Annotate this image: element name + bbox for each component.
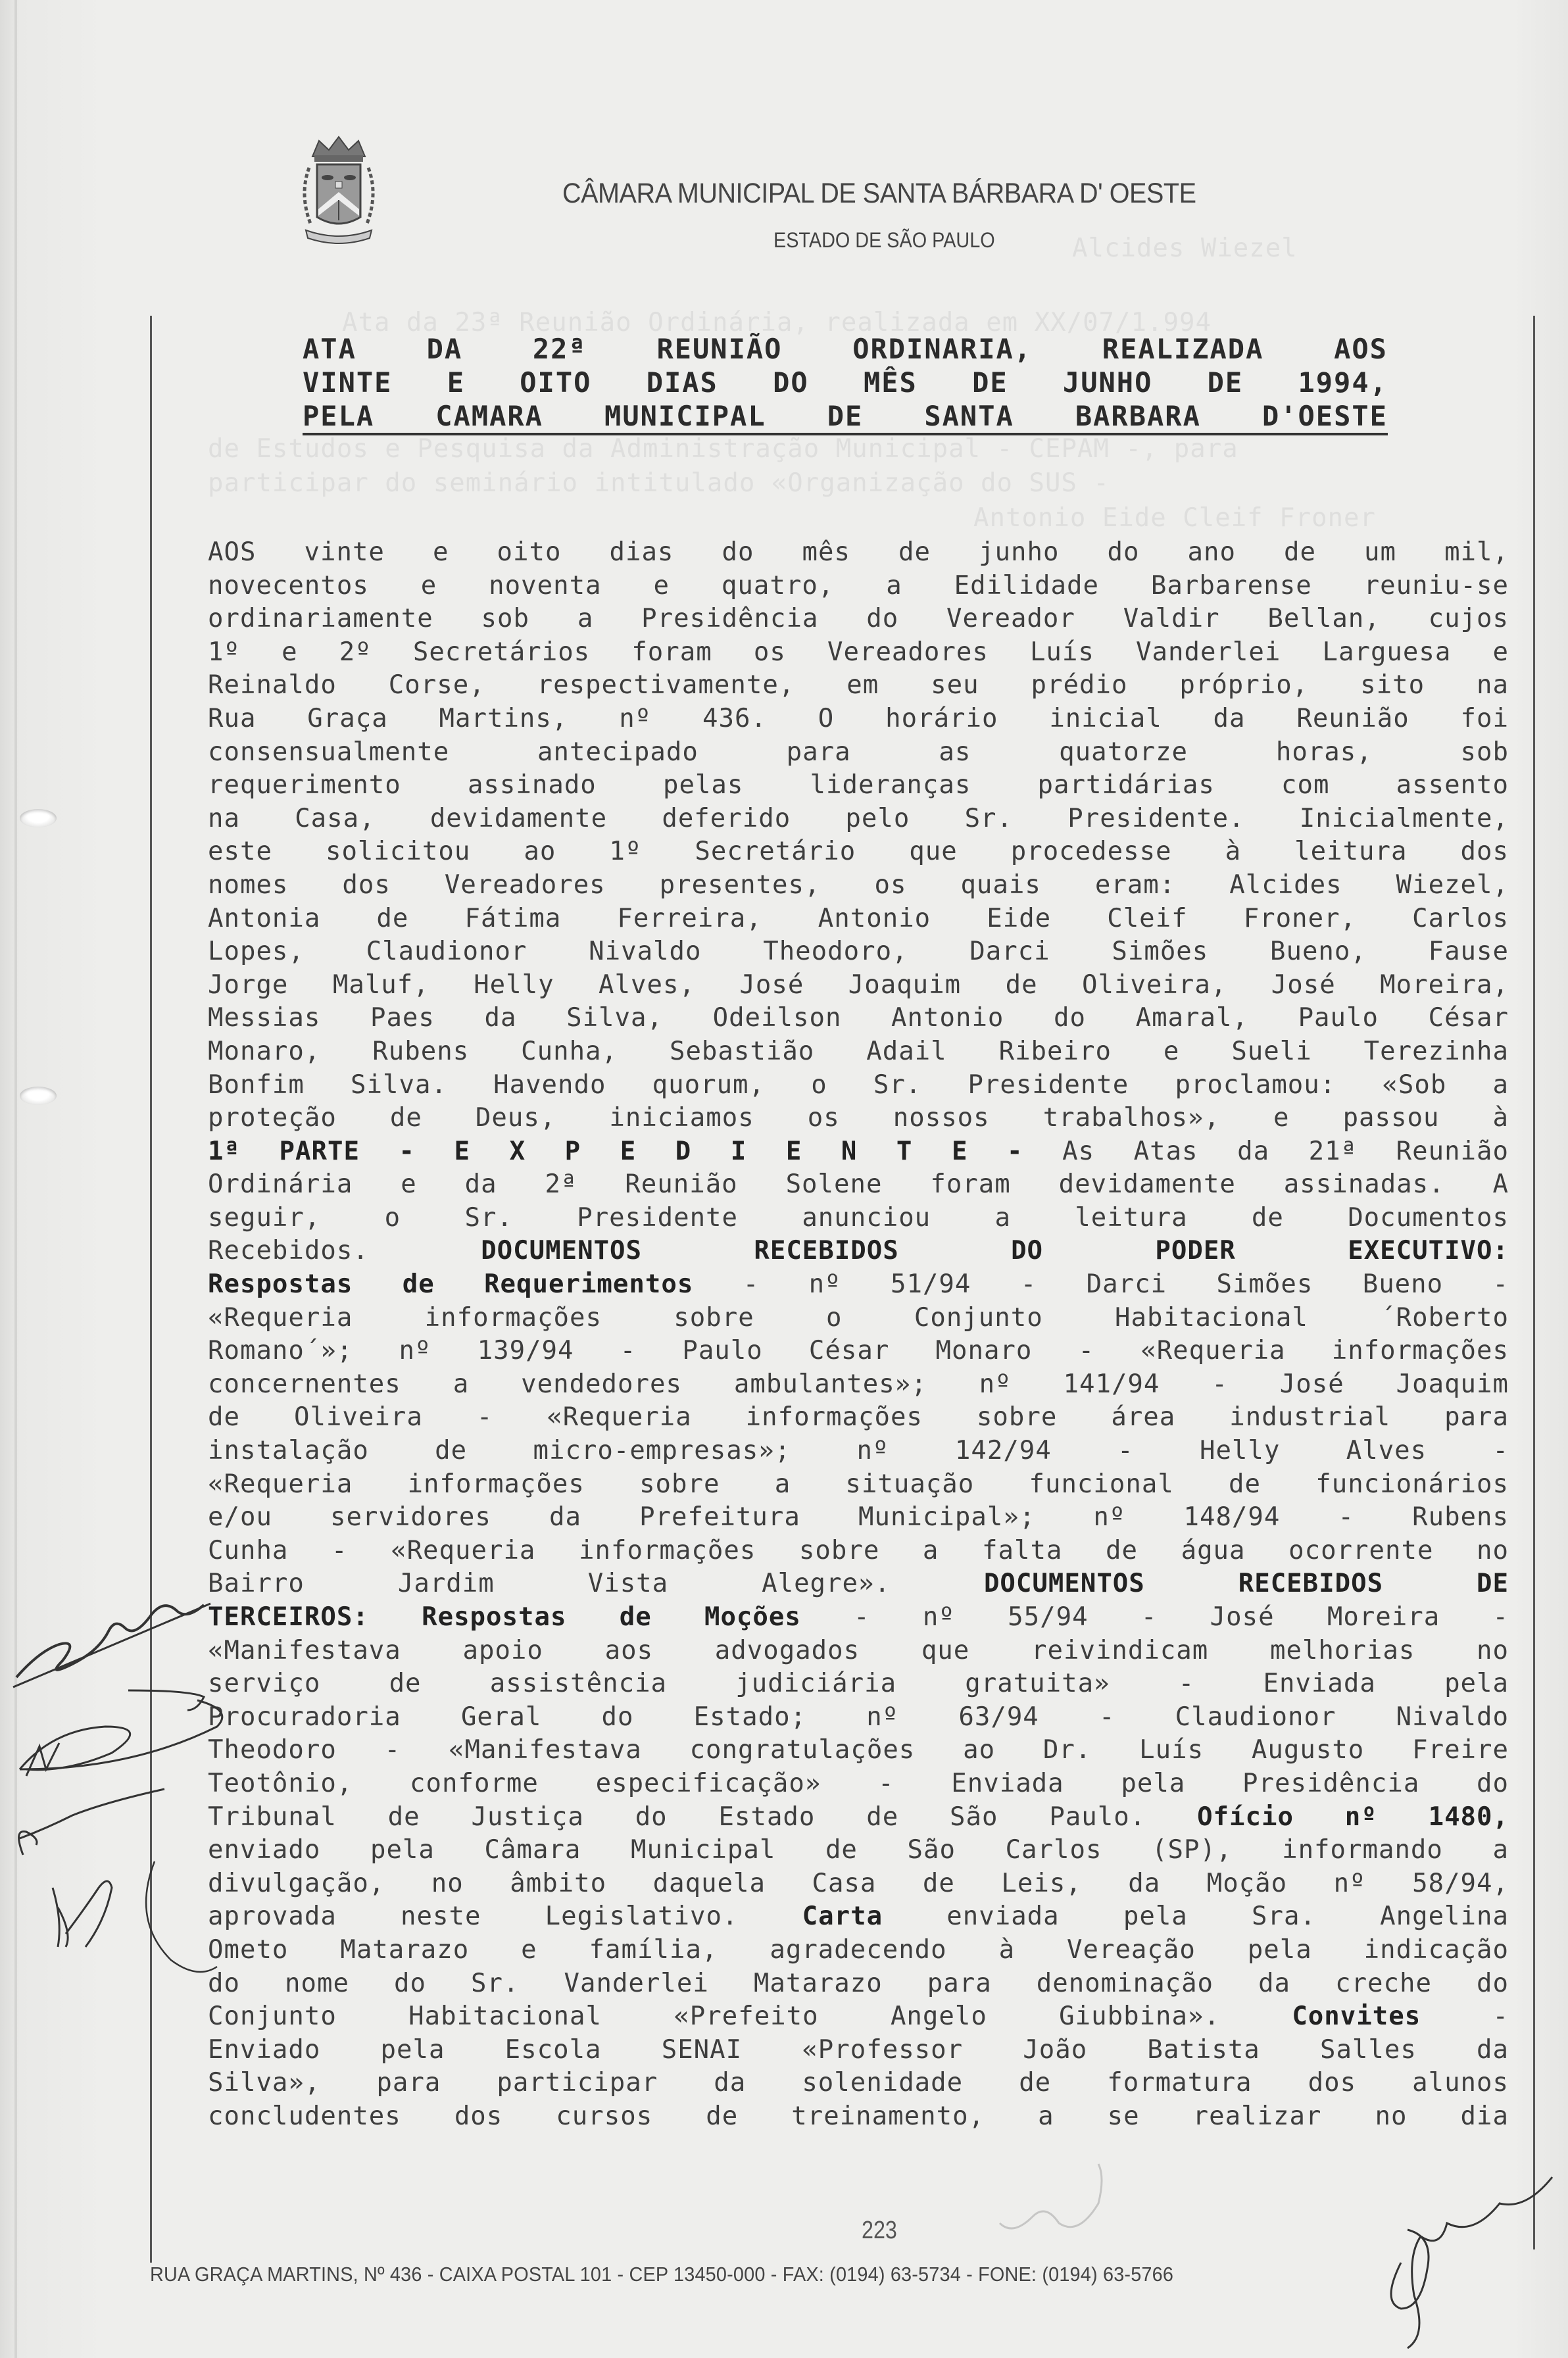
body-line: Ordinária e da 2ª Reunião Solene foram d… bbox=[208, 1168, 1509, 1202]
title-word: DIAS bbox=[647, 366, 718, 399]
title-word: CAMARA bbox=[435, 399, 543, 433]
body-line: «Manifestava apoio aos advogados que rei… bbox=[208, 1634, 1509, 1668]
punch-hole bbox=[20, 809, 57, 827]
title-word: ORDINARIA, bbox=[852, 332, 1032, 366]
text-run: Enviado pela Escola SENAI «Professor Joã… bbox=[208, 2035, 1509, 2065]
letterhead-footer-address: RUA GRAÇA MARTINS, Nº 436 - CAIXA POSTAL… bbox=[150, 2263, 1449, 2286]
text-run: nomes dos Vereadores presentes, os quais… bbox=[208, 870, 1509, 900]
text-run: ordinariamente sob a Presidência do Vere… bbox=[208, 604, 1509, 633]
body-line: nomes dos Vereadores presentes, os quais… bbox=[208, 869, 1509, 902]
title-word: JUNHO bbox=[1063, 366, 1152, 399]
text-run: Bairro Jardim Vista Alegre». bbox=[208, 1569, 984, 1598]
body-line: de Oliveira - «Requeria informações sobr… bbox=[208, 1401, 1509, 1435]
body-line: Theodoro - «Manifestava congratulações a… bbox=[208, 1734, 1509, 1767]
body-line: Cunha - «Requeria informações sobre a fa… bbox=[208, 1535, 1509, 1568]
body-line: Respostas de Requerimentos - nº 51/94 - … bbox=[208, 1268, 1509, 1302]
text-run: proteção de Deus, iniciamos os nossos tr… bbox=[208, 1103, 1509, 1133]
bold-heading-run: Convites bbox=[1292, 2002, 1421, 2031]
text-run: «Requeria informações sobre o Conjunto H… bbox=[208, 1303, 1509, 1333]
text-run: Antonia de Fátima Ferreira, Antonio Eide… bbox=[208, 904, 1509, 933]
text-run: 1º e 2º Secretários foram os Vereadores … bbox=[208, 637, 1509, 667]
body-line: Romano´»; nº 139/94 - Paulo César Monaro… bbox=[208, 1335, 1509, 1368]
text-run: aprovada neste Legislativo. bbox=[208, 1902, 802, 1931]
title-line: VINTEEOITODIASDOMÊSDEJUNHODE1994, bbox=[303, 366, 1388, 399]
title-word: DE bbox=[1208, 366, 1244, 399]
title-line: ATADA22ªREUNIÃOORDINARIA,REALIZADAAOS bbox=[303, 332, 1388, 366]
body-line: proteção de Deus, iniciamos os nossos tr… bbox=[208, 1102, 1509, 1135]
title-word: MÊS bbox=[864, 366, 918, 399]
body-line: na Casa, devidamente deferido pelo Sr. P… bbox=[208, 802, 1509, 836]
text-run: serviço de assistência judiciária gratui… bbox=[208, 1669, 1509, 1698]
body-line: Reinaldo Corse, respectivamente, em seu … bbox=[208, 669, 1509, 702]
body-line: «Requeria informações sobre o Conjunto H… bbox=[208, 1302, 1509, 1335]
title-word: ATA bbox=[303, 332, 356, 366]
body-line: Conjunto Habitacional «Prefeito Angelo G… bbox=[208, 2000, 1509, 2034]
page-number: 223 bbox=[862, 2217, 897, 2245]
text-run: do nome do Sr. Vanderlei Matarazo para d… bbox=[208, 1969, 1509, 1998]
text-run: Ometo Matarazo e família, agradecendo à … bbox=[208, 1935, 1509, 1965]
body-line: ordinariamente sob a Presidência do Vere… bbox=[208, 602, 1509, 636]
text-run: enviado pela Câmara Municipal de São Car… bbox=[208, 1835, 1509, 1865]
title-word: AOS bbox=[1334, 332, 1388, 366]
body-line: consensualmente antecipado para as quato… bbox=[208, 736, 1509, 770]
body-line: 1ª PARTE - E X P E D I E N T E - As Atas… bbox=[208, 1135, 1509, 1169]
title-word: E bbox=[447, 366, 465, 399]
body-line: seguir, o Sr. Presidente anunciou a leit… bbox=[208, 1202, 1509, 1235]
institution-name: CÂMARA MUNICIPAL DE SANTA BÁRBARA D' OES… bbox=[562, 178, 1196, 210]
text-run: Ordinária e da 2ª Reunião Solene foram d… bbox=[208, 1169, 1509, 1199]
punch-hole bbox=[20, 1087, 57, 1105]
bold-heading-run: TERCEIROS: bbox=[208, 1602, 369, 1632]
bold-heading-run: 1ª PARTE - E X P E D I E N T E - bbox=[208, 1137, 1023, 1166]
text-run: Tribunal de Justiça do Estado de São Pau… bbox=[208, 1802, 1197, 1832]
text-run: divulgação, no âmbito daquela Casa de Le… bbox=[208, 1869, 1509, 1898]
title-word: D'OESTE bbox=[1262, 399, 1388, 433]
municipal-coat-of-arms-icon bbox=[289, 132, 388, 250]
bleed-through-text: de Estudos e Pesquisa da Administração M… bbox=[208, 434, 1238, 464]
state-name: ESTADO DE SÃO PAULO bbox=[773, 228, 995, 253]
body-line: Messias Paes da Silva, Odeilson Antonio … bbox=[208, 1002, 1509, 1035]
binder-edge bbox=[14, 0, 17, 2358]
body-line: Silva», para participar da solenidade de… bbox=[208, 2067, 1509, 2100]
bold-heading-run: DOCUMENTOS RECEBIDOS DE bbox=[984, 1569, 1509, 1598]
text-run: Lopes, Claudionor Nivaldo Theodoro, Darc… bbox=[208, 937, 1509, 966]
body-line: Monaro, Rubens Cunha, Sebastião Adail Ri… bbox=[208, 1035, 1509, 1069]
text-run: - nº 55/94 - José Moreira - bbox=[801, 1602, 1509, 1632]
title-word: REALIZADA bbox=[1102, 332, 1264, 366]
body-line: Procuradoria Geral do Estado; nº 63/94 -… bbox=[208, 1701, 1509, 1734]
text-run: - nº 51/94 - Darci Simões Bueno - bbox=[693, 1269, 1509, 1299]
title-word: DA bbox=[427, 332, 463, 366]
title-word: PELA bbox=[303, 399, 374, 433]
minutes-body: AOS vinte e oito dias do mês de junho do… bbox=[208, 536, 1509, 2134]
text-run: Silva», para participar da solenidade de… bbox=[208, 2068, 1509, 2098]
text-run: Procuradoria Geral do Estado; nº 63/94 -… bbox=[208, 1702, 1509, 1732]
right-margin-rule bbox=[1533, 316, 1535, 2249]
text-run: Rua Graça Martins, nº 436. O horário ini… bbox=[208, 704, 1509, 733]
text-run: As Atas da 21ª Reunião bbox=[1023, 1137, 1509, 1166]
title-word: OITO bbox=[520, 366, 591, 399]
bleed-through-text: participar do seminário intitulado «Orga… bbox=[208, 468, 1110, 498]
title-word: REUNIÃO bbox=[656, 332, 782, 366]
text-run: Reinaldo Corse, respectivamente, em seu … bbox=[208, 670, 1509, 700]
text-run: Bonfim Silva. Havendo quorum, o Sr. Pres… bbox=[208, 1070, 1509, 1100]
text-run: «Requeria informações sobre a situação f… bbox=[208, 1469, 1509, 1499]
text-run: e/ou servidores da Prefeitura Municipal»… bbox=[208, 1502, 1509, 1532]
body-line: enviado pela Câmara Municipal de São Car… bbox=[208, 1834, 1509, 1867]
body-line: 1º e 2º Secretários foram os Vereadores … bbox=[208, 636, 1509, 670]
body-line: este solicitou ao 1º Secretário que proc… bbox=[208, 835, 1509, 869]
bold-heading-run: Respostas de Moções bbox=[422, 1602, 801, 1632]
body-line: requerimento assinado pelas lideranças p… bbox=[208, 769, 1509, 802]
text-run: - bbox=[1421, 2002, 1509, 2031]
text-run: Theodoro - «Manifestava congratulações a… bbox=[208, 1735, 1509, 1765]
text-run: concernentes a vendedores ambulantes»; n… bbox=[208, 1369, 1509, 1399]
bleed-through-text: Alcides Wiezel bbox=[1072, 233, 1298, 263]
bold-heading-run: DOCUMENTOS RECEBIDOS DO PODER EXECUTIVO: bbox=[481, 1236, 1509, 1265]
title-word: DE bbox=[827, 399, 864, 433]
bold-heading-run: Carta bbox=[802, 1902, 883, 1931]
body-line: concludentes dos cursos de treinamento, … bbox=[208, 2100, 1509, 2134]
title-word: DO bbox=[773, 366, 809, 399]
body-line: e/ou servidores da Prefeitura Municipal»… bbox=[208, 1501, 1509, 1535]
body-line: novecentos e noventa e quatro, a Edilida… bbox=[208, 570, 1509, 603]
body-line: concernentes a vendedores ambulantes»; n… bbox=[208, 1368, 1509, 1402]
body-line: Lopes, Claudionor Nivaldo Theodoro, Darc… bbox=[208, 935, 1509, 969]
text-run: na Casa, devidamente deferido pelo Sr. P… bbox=[208, 804, 1509, 833]
body-line: Teotônio, conforme especificação» - Envi… bbox=[208, 1767, 1509, 1801]
text-run: concludentes dos cursos de treinamento, … bbox=[208, 2101, 1509, 2131]
body-line: Bairro Jardim Vista Alegre». DOCUMENTOS … bbox=[208, 1567, 1509, 1601]
body-line: AOS vinte e oito dias do mês de junho do… bbox=[208, 536, 1509, 570]
body-line: Enviado pela Escola SENAI «Professor Joã… bbox=[208, 2034, 1509, 2067]
text-run: Teotônio, conforme especificação» - Envi… bbox=[208, 1769, 1509, 1798]
body-line: Recebidos. DOCUMENTOS RECEBIDOS DO PODER… bbox=[208, 1235, 1509, 1268]
body-line: instalação de micro-empresas»; nº 142/94… bbox=[208, 1435, 1509, 1468]
bold-heading-run: Ofício nº 1480, bbox=[1197, 1802, 1509, 1832]
text-run: AOS vinte e oito dias do mês de junho do… bbox=[208, 537, 1509, 567]
body-line: Tribunal de Justiça do Estado de São Pau… bbox=[208, 1801, 1509, 1834]
text-run: enviada pela Sra. Angelina bbox=[883, 1902, 1509, 1931]
body-line: Jorge Maluf, Helly Alves, José Joaquim d… bbox=[208, 969, 1509, 1002]
title-word: SANTA bbox=[924, 399, 1014, 433]
bleed-through-text: Antonio Eide Cleif Froner bbox=[973, 503, 1376, 533]
document-page: Alcides Wiezel Ata da 23ª Reunião Ordiná… bbox=[0, 0, 1568, 2358]
text-run: Monaro, Rubens Cunha, Sebastião Adail Ri… bbox=[208, 1037, 1509, 1066]
text-run: requerimento assinado pelas lideranças p… bbox=[208, 770, 1509, 800]
text-run: novecentos e noventa e quatro, a Edilida… bbox=[208, 571, 1509, 601]
text-run bbox=[369, 1602, 422, 1632]
body-line: aprovada neste Legislativo. Carta enviad… bbox=[208, 1900, 1509, 1934]
body-line: divulgação, no âmbito daquela Casa de Le… bbox=[208, 1867, 1509, 1901]
body-line: TERCEIROS: Respostas de Moções - nº 55/9… bbox=[208, 1601, 1509, 1634]
text-run: Jorge Maluf, Helly Alves, José Joaquim d… bbox=[208, 970, 1509, 1000]
minutes-title: ATADA22ªREUNIÃOORDINARIA,REALIZADAAOS VI… bbox=[303, 332, 1388, 435]
title-word: VINTE bbox=[303, 366, 392, 399]
title-word: 22ª bbox=[533, 332, 587, 366]
body-line: Rua Graça Martins, nº 436. O horário ini… bbox=[208, 702, 1509, 736]
text-run: Recebidos. bbox=[208, 1236, 481, 1265]
text-run: Conjunto Habitacional «Prefeito Angelo G… bbox=[208, 2002, 1292, 2031]
text-run: de Oliveira - «Requeria informações sobr… bbox=[208, 1402, 1509, 1432]
text-run: Messias Paes da Silva, Odeilson Antonio … bbox=[208, 1003, 1509, 1033]
body-line: «Requeria informações sobre a situação f… bbox=[208, 1468, 1509, 1502]
text-run: este solicitou ao 1º Secretário que proc… bbox=[208, 837, 1509, 866]
text-run: Romano´»; nº 139/94 - Paulo César Monaro… bbox=[208, 1336, 1509, 1365]
handwritten-signatures-bottom bbox=[987, 2138, 1568, 2358]
title-word: 1994, bbox=[1298, 366, 1387, 399]
body-line: do nome do Sr. Vanderlei Matarazo para d… bbox=[208, 1967, 1509, 2001]
body-line: Bonfim Silva. Havendo quorum, o Sr. Pres… bbox=[208, 1069, 1509, 1102]
body-line: Antonia de Fátima Ferreira, Antonio Eide… bbox=[208, 902, 1509, 936]
text-run: Cunha - «Requeria informações sobre a fa… bbox=[208, 1536, 1509, 1565]
body-line: serviço de assistência judiciária gratui… bbox=[208, 1667, 1509, 1701]
text-run: seguir, o Sr. Presidente anunciou a leit… bbox=[208, 1203, 1509, 1233]
text-run: instalação de micro-empresas»; nº 142/94… bbox=[208, 1436, 1509, 1465]
text-run: consensualmente antecipado para as quato… bbox=[208, 737, 1509, 767]
title-word: MUNICIPAL bbox=[604, 399, 766, 433]
title-word: BARBARA bbox=[1075, 399, 1201, 433]
title-word: DE bbox=[972, 366, 1008, 399]
left-margin-rule bbox=[150, 316, 152, 2263]
bold-heading-run: Respostas de Requerimentos bbox=[208, 1269, 693, 1299]
body-line: Ometo Matarazo e família, agradecendo à … bbox=[208, 1934, 1509, 1967]
title-line: PELACAMARAMUNICIPALDESANTABARBARAD'OESTE bbox=[303, 399, 1388, 435]
text-run: «Manifestava apoio aos advogados que rei… bbox=[208, 1636, 1509, 1665]
